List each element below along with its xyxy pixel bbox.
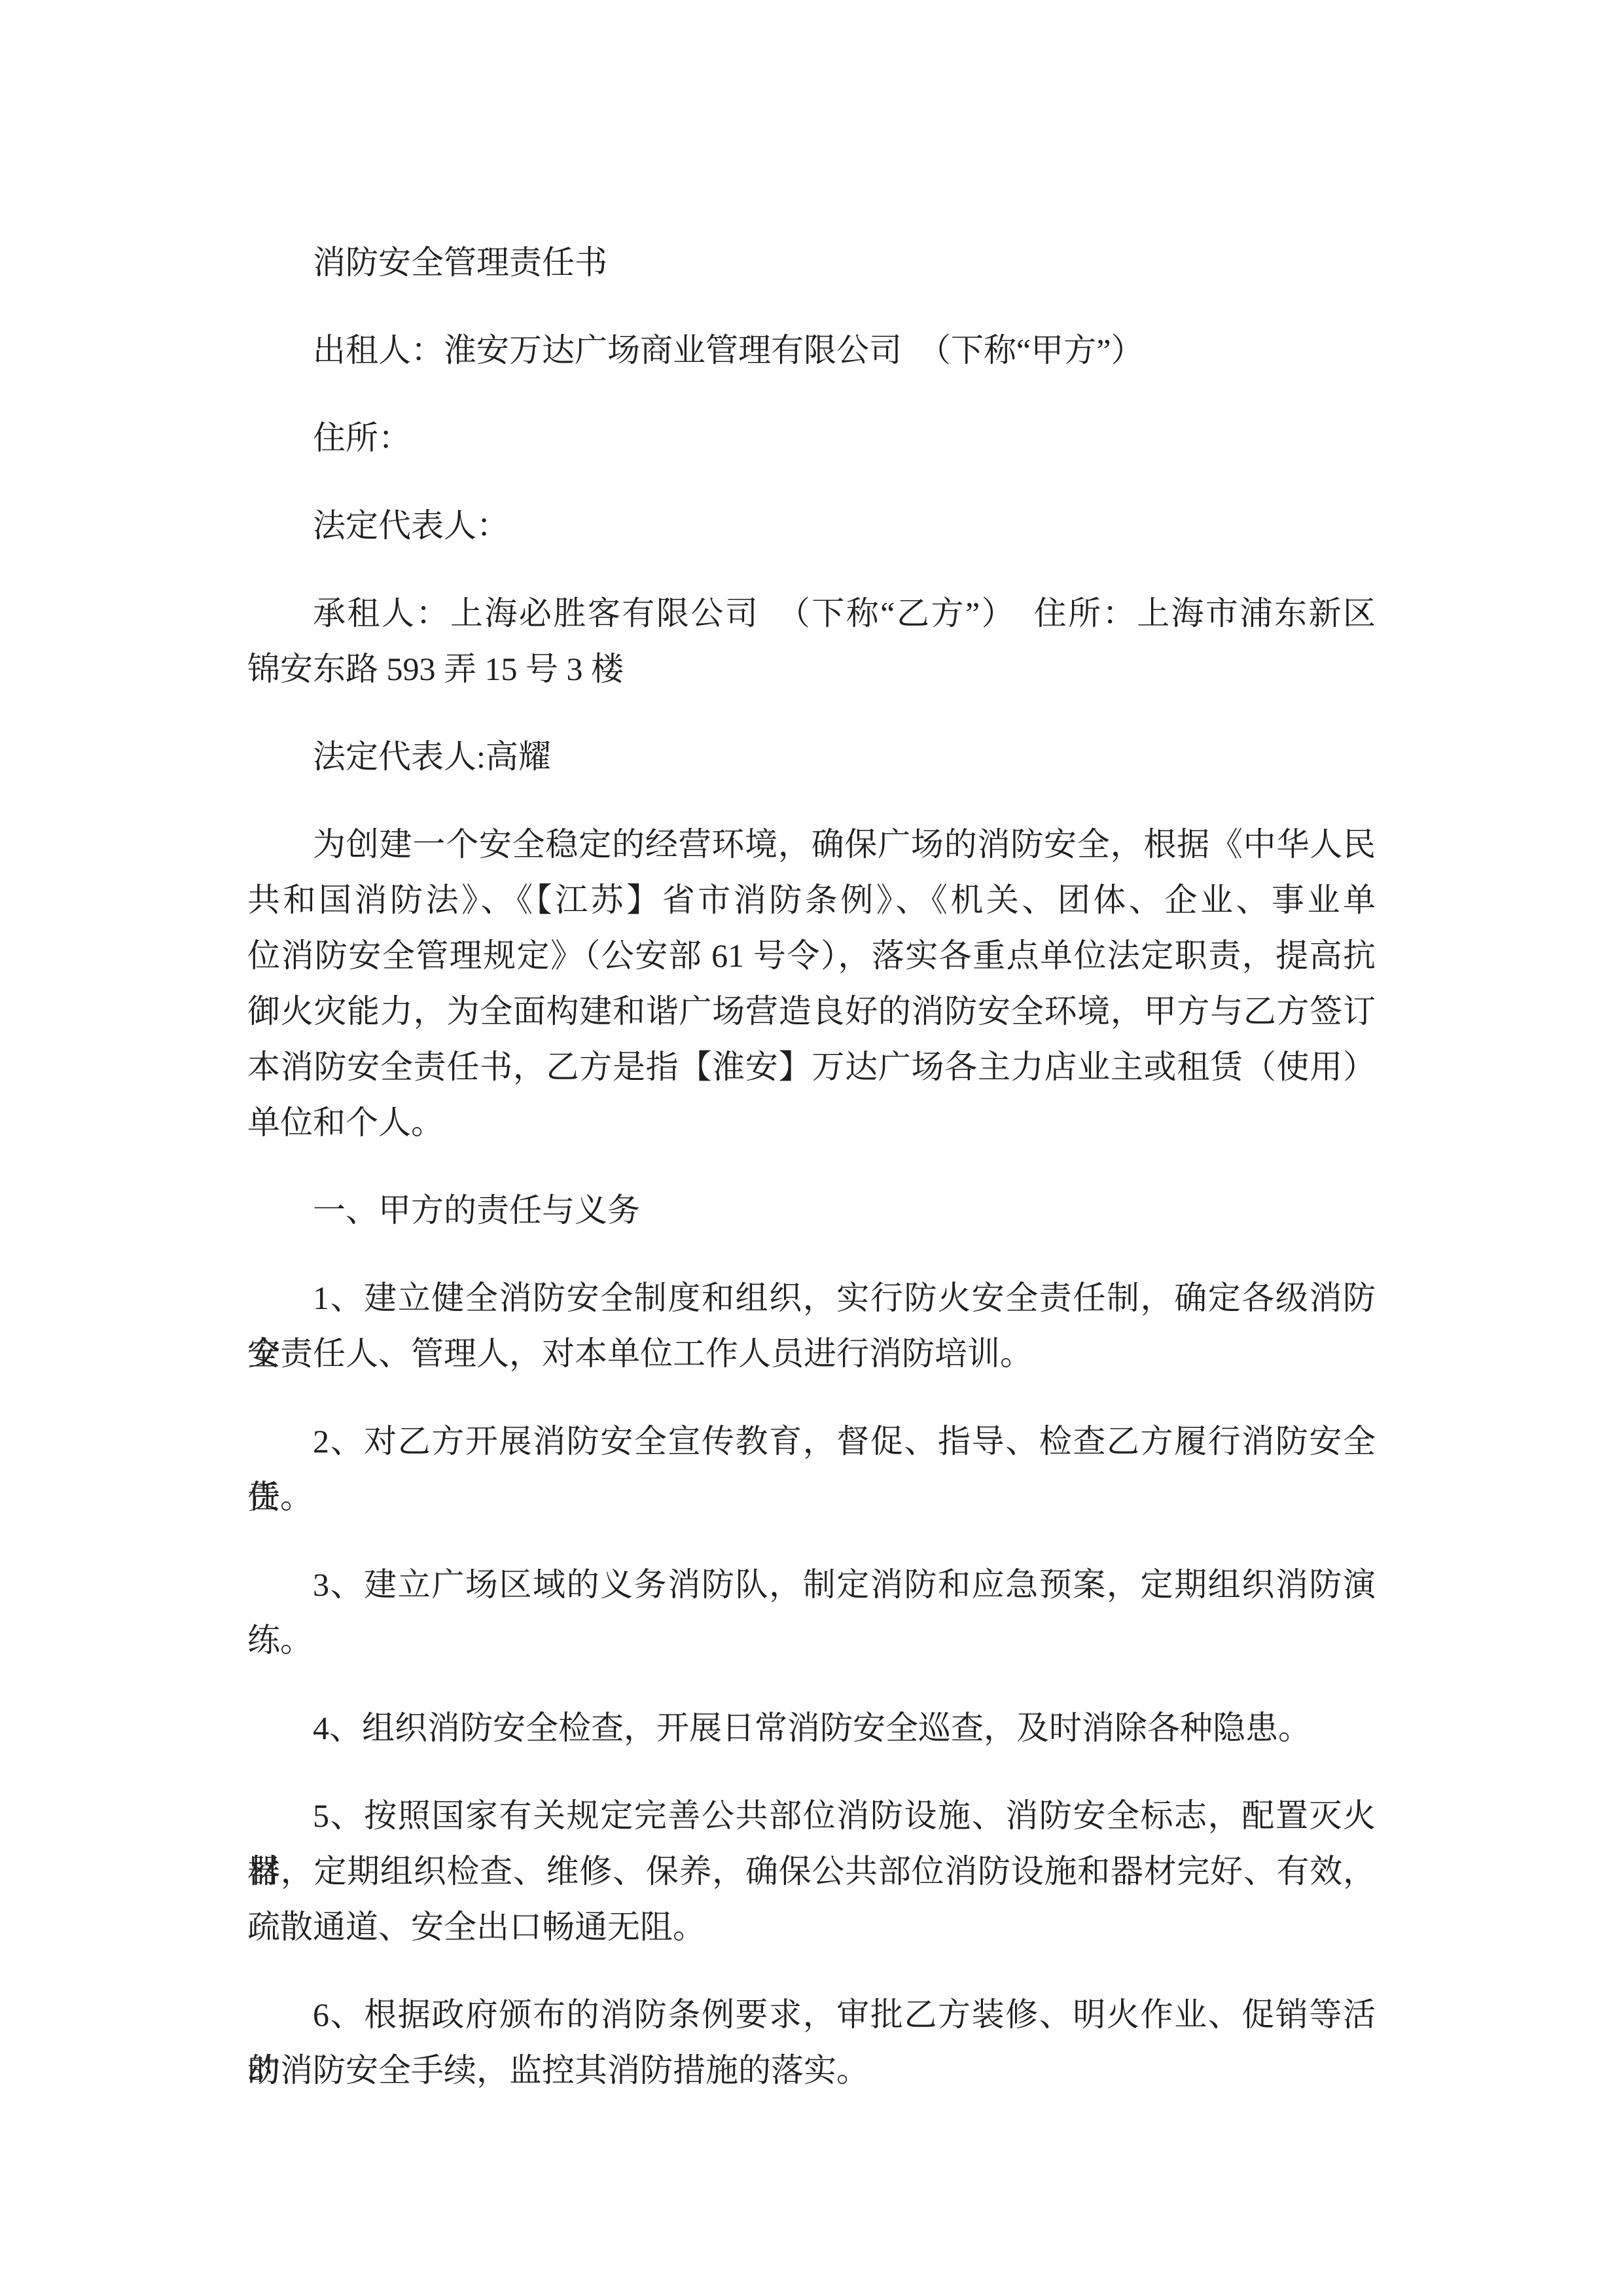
document-body: 消防安全管理责任书出租人：淮安万达广场商业管理有限公司 （下称“甲方”）住所：法…: [247, 235, 1376, 2130]
document-title-line: 消防安全管理责任书: [247, 235, 1376, 291]
section-1-item-4: 4、组织消防安全检查，开展日常消防安全巡查，及时消除各种隐患。: [247, 1700, 1376, 1756]
section-1-item-5-line: 材，定期组织检查、维修、保养，确保公共部位消防设施和器材完好、有效，: [247, 1844, 1376, 1899]
lessor-legal-rep-line: 法定代表人：: [247, 498, 1376, 554]
section-1-item-4-line: 4、组织消防安全检查，开展日常消防安全巡查，及时消除各种隐患。: [247, 1700, 1376, 1756]
section-1-item-6: 6、根据政府颁布的消防条例要求，审批乙方装修、明火作业、促销等活动的消防安全手续…: [247, 1987, 1376, 2098]
section-1-item-3: 3、建立广场区域的义务消防队，制定消防和应急预案，定期组织消防演练。: [247, 1557, 1376, 1668]
preamble-paragraph-line: 本消防安全责任书，乙方是指【淮安】万达广场各主力店业主或租赁（使用）: [247, 1039, 1376, 1095]
section-1-item-3-line: 练。: [247, 1613, 1376, 1668]
section-1-heading-line: 一、甲方的责任与义务: [247, 1183, 1376, 1238]
preamble-paragraph-line: 位消防安全管理规定》（公安部 61 号令），落实各重点单位法定职责，提高抗: [247, 928, 1376, 984]
section-1-item-1-line: 1、建立健全消防安全制度和组织，实行防火安全责任制，确定各级消防安: [247, 1270, 1376, 1326]
document-page: 消防安全管理责任书出租人：淮安万达广场商业管理有限公司 （下称“甲方”）住所：法…: [0, 0, 1623, 2296]
document-title: 消防安全管理责任书: [247, 235, 1376, 291]
section-1-item-3-line: 3、建立广场区域的义务消防队，制定消防和应急预案，定期组织消防演: [247, 1557, 1376, 1613]
section-1-item-2: 2、对乙方开展消防安全宣传教育，督促、指导、检查乙方履行消防安全责任。: [247, 1414, 1376, 1525]
lessee-line-line: 锦安东路 593 弄 15 号 3 楼: [247, 641, 1376, 697]
preamble-paragraph: 为创建一个安全稳定的经营环境，确保广场的消防安全，根据《中华人民共和国消防法》、…: [247, 817, 1376, 1151]
lessor-line-line: 出租人：淮安万达广场商业管理有限公司 （下称“甲方”）: [247, 323, 1376, 378]
section-1-item-5: 5、按照国家有关规定完善公共部位消防设施、消防安全标志，配置灭火器材，定期组织检…: [247, 1788, 1376, 1955]
section-1-item-6-line: 6、根据政府颁布的消防条例要求，审批乙方装修、明火作业、促销等活动: [247, 1987, 1376, 2043]
lessor-legal-rep-line-line: 法定代表人：: [247, 498, 1376, 554]
preamble-paragraph-line: 为创建一个安全稳定的经营环境，确保广场的消防安全，根据《中华人民: [247, 817, 1376, 872]
section-1-heading: 一、甲方的责任与义务: [247, 1183, 1376, 1238]
lessor-line: 出租人：淮安万达广场商业管理有限公司 （下称“甲方”）: [247, 323, 1376, 378]
lessee-legal-rep-line-line: 法定代表人:高耀: [247, 729, 1376, 785]
preamble-paragraph-line: 单位和个人。: [247, 1095, 1376, 1151]
section-1-item-5-line: 5、按照国家有关规定完善公共部位消防设施、消防安全标志，配置灭火器: [247, 1788, 1376, 1844]
section-1-item-2-line: 任。: [247, 1469, 1376, 1525]
section-1-item-1-line: 全责任人、管理人，对本单位工作人员进行消防培训。: [247, 1326, 1376, 1382]
section-1-item-6-line: 的消防安全手续，监控其消防措施的落实。: [247, 2043, 1376, 2098]
lessor-address-line-line: 住所：: [247, 410, 1376, 466]
preamble-paragraph-line: 御火灾能力，为全面构建和谐广场营造良好的消防安全环境，甲方与乙方签订: [247, 984, 1376, 1039]
preamble-paragraph-line: 共和国消防法》、《【江苏】省市消防条例》、《机关、团体、企业、事业单: [247, 872, 1376, 928]
lessee-line: 承租人：上海必胜客有限公司 （下称“乙方”） 住所：上海市浦东新区锦安东路 59…: [247, 586, 1376, 697]
lessee-line-line: 承租人：上海必胜客有限公司 （下称“乙方”） 住所：上海市浦东新区: [247, 586, 1376, 641]
lessee-legal-rep-line: 法定代表人:高耀: [247, 729, 1376, 785]
lessor-address-line: 住所：: [247, 410, 1376, 466]
section-1-item-1: 1、建立健全消防安全制度和组织，实行防火安全责任制，确定各级消防安全责任人、管理…: [247, 1270, 1376, 1382]
section-1-item-5-line: 疏散通道、安全出口畅通无阻。: [247, 1899, 1376, 1955]
section-1-item-2-line: 2、对乙方开展消防安全宣传教育，督促、指导、检查乙方履行消防安全责: [247, 1414, 1376, 1469]
